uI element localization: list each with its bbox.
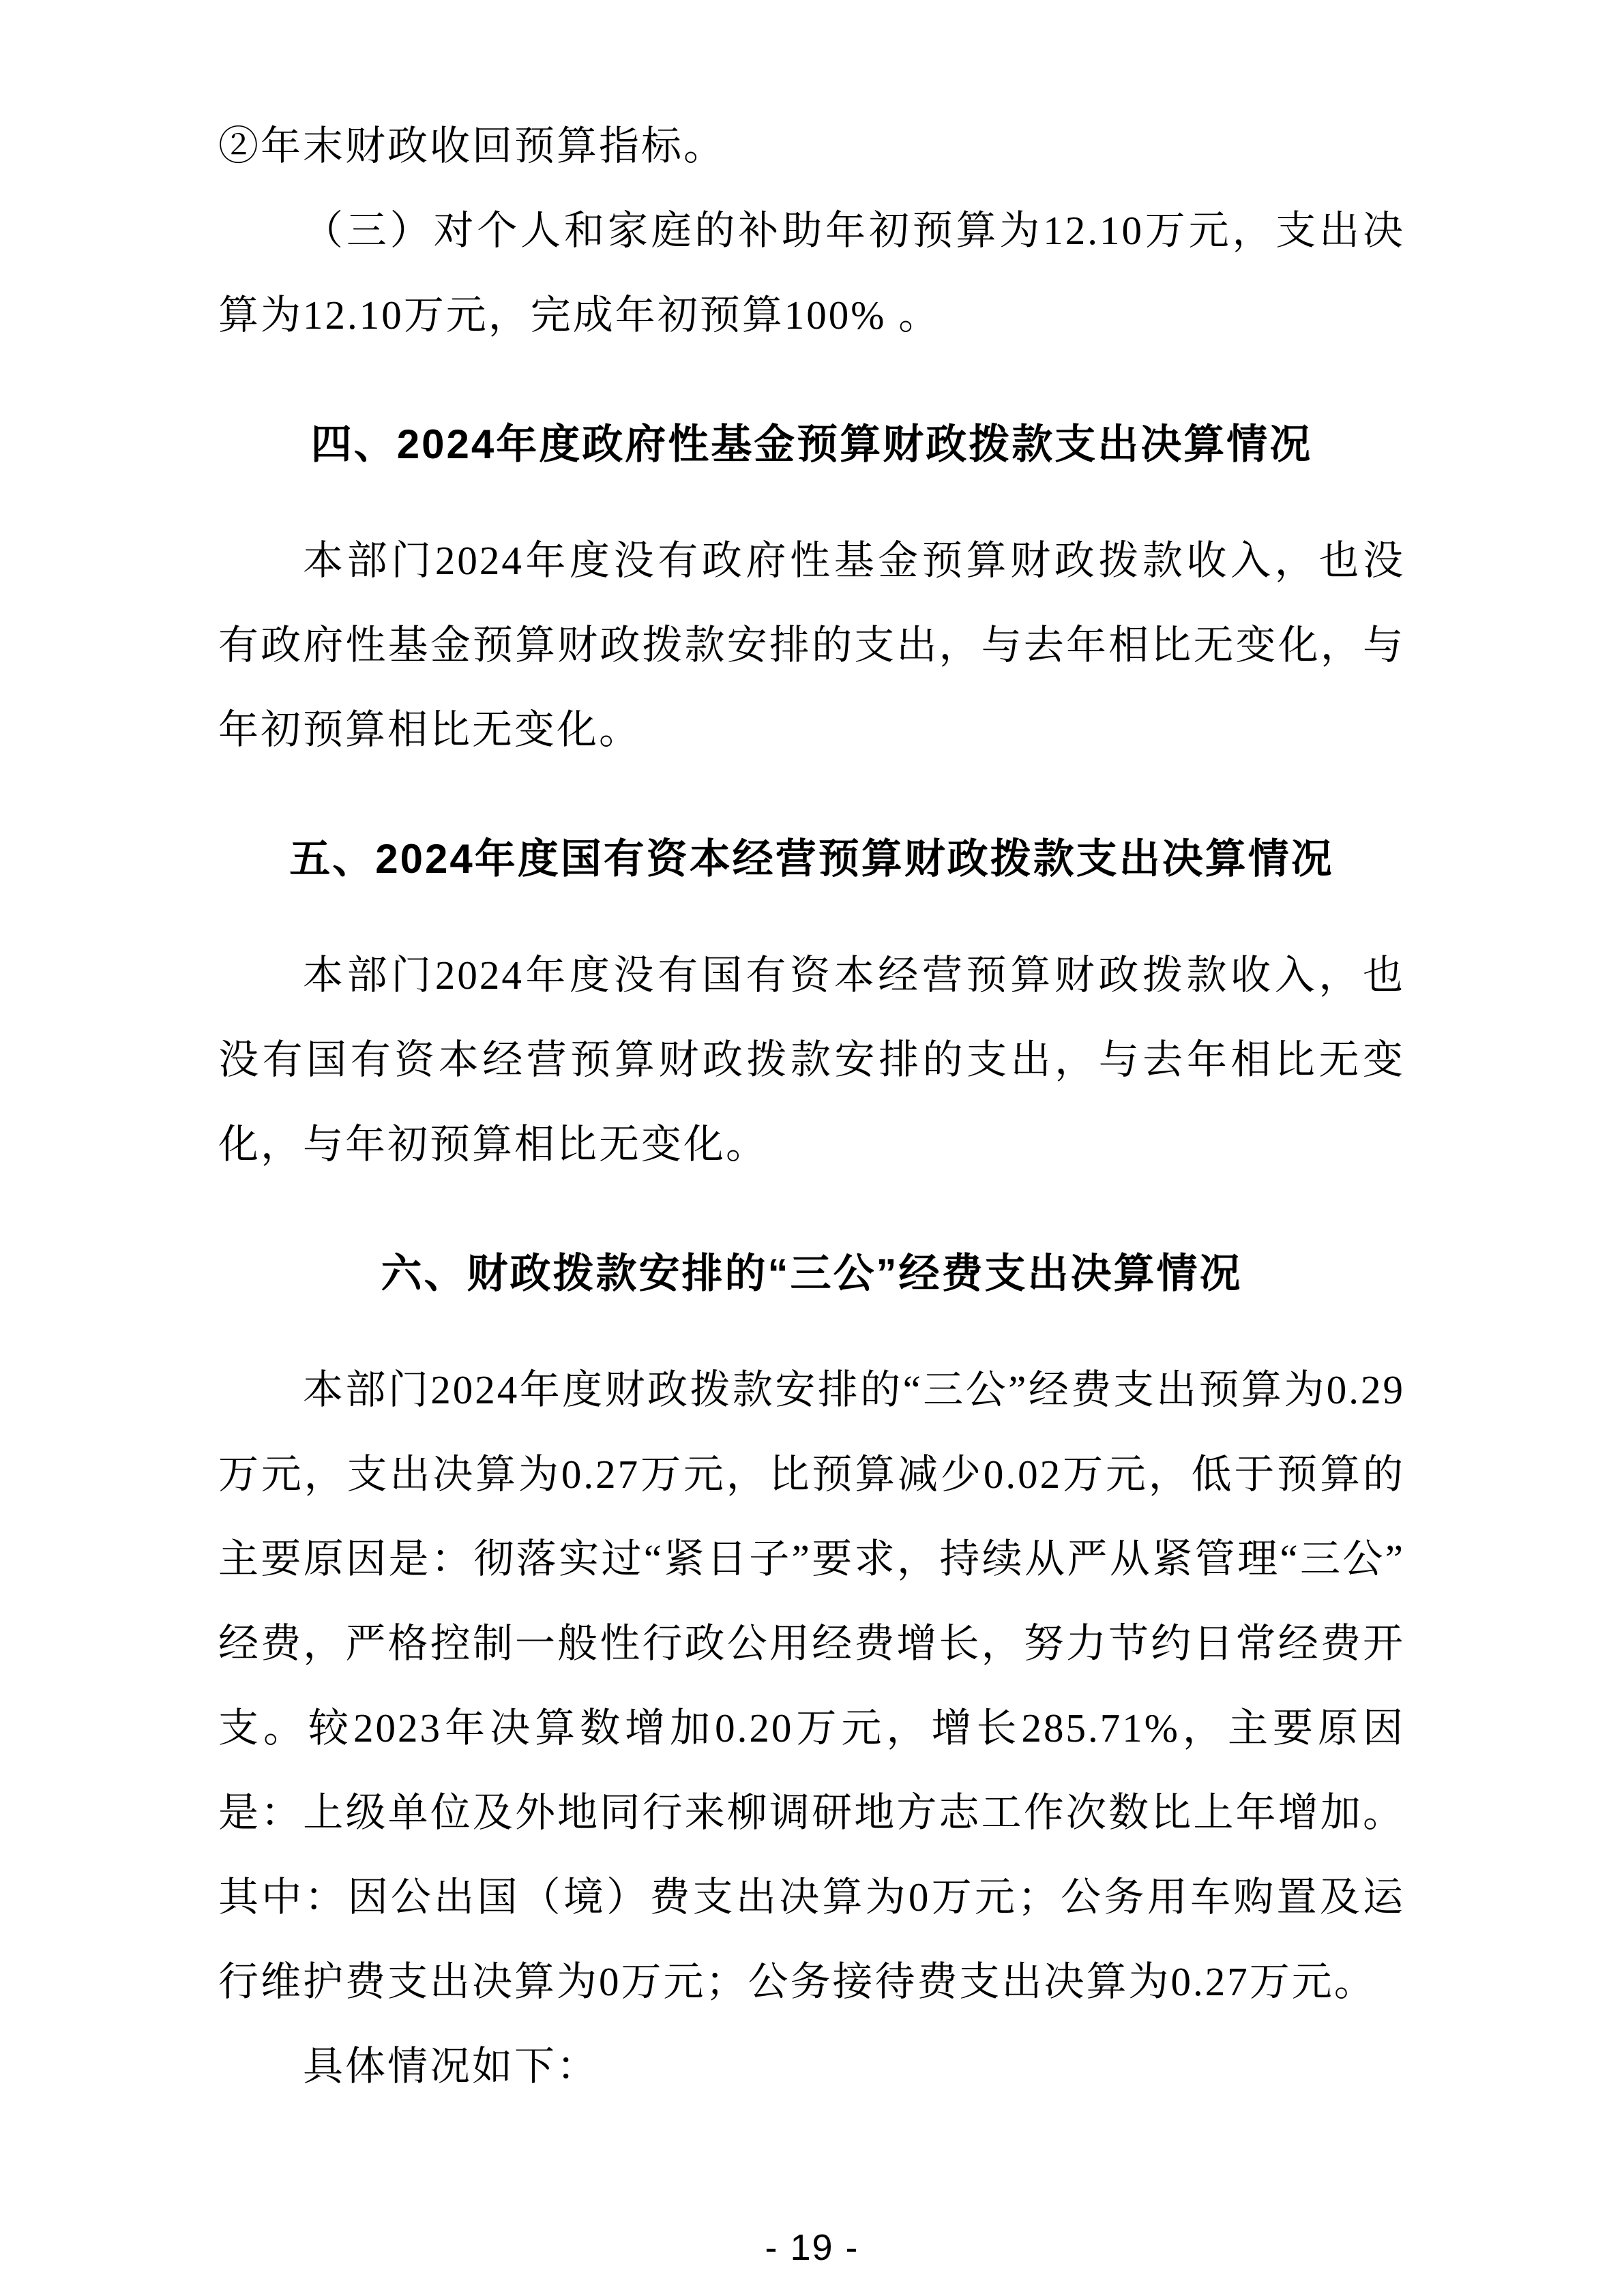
- heading-section-five-state-capital-budget: 五、2024年度国有资本经营预算财政拨款支出决算情况: [218, 817, 1405, 901]
- heading-section-six-three-public-expenses: 六、财政拨款安排的“三公”经费支出决算情况: [218, 1232, 1405, 1316]
- document-body: ②年末财政收回预算指标。 （三）对个人和家庭的补助年初预算为12.10万元，支出…: [218, 104, 1405, 2108]
- para-section-four-body: 本部门2024年度没有政府性基金预算财政拨款收入，也没有政府性基金预算财政拨款安…: [218, 518, 1405, 772]
- para-section-five-body: 本部门2024年度没有国有资本经营预算财政拨款收入，也没有国有资本经营预算财政拨…: [218, 933, 1405, 1187]
- para-section-six-body: 本部门2024年度财政拨款安排的“三公”经费支出预算为0.29万元，支出决算为0…: [218, 1347, 1405, 2024]
- para-year-end-budget-note: ②年末财政收回预算指标。: [218, 104, 1405, 188]
- heading-section-four-gov-fund-budget: 四、2024年度政府性基金预算财政拨款支出决算情况: [218, 402, 1405, 487]
- para-details-intro: 具体情况如下：: [218, 2024, 1405, 2108]
- document-page: ②年末财政收回预算指标。 （三）对个人和家庭的补助年初预算为12.10万元，支出…: [0, 0, 1624, 2296]
- page-number: - 19 -: [0, 2226, 1624, 2269]
- para-subsection-three-subsidies: （三）对个人和家庭的补助年初预算为12.10万元，支出决算为12.10万元，完成…: [218, 188, 1405, 357]
